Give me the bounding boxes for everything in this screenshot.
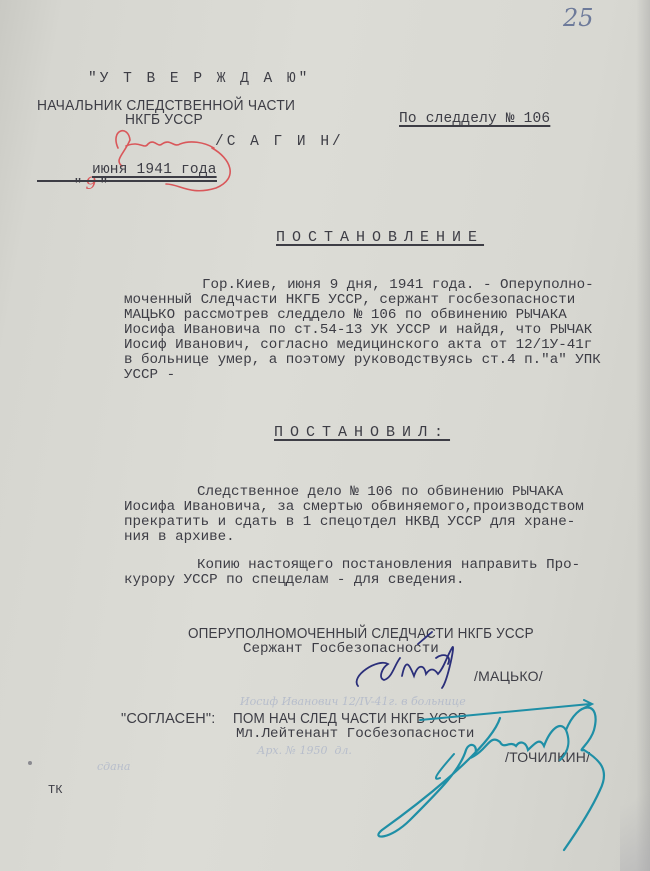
date-underline	[37, 180, 217, 182]
paragraph1-line1: Гор.Киев, июня 9 дня, 1941 года. - Оперу…	[202, 278, 594, 293]
teal-signature-tochilkin	[370, 690, 650, 870]
paragraph2-line1: Следственное дело № 106 по обвинению РЫЧ…	[197, 485, 563, 500]
approval-date-text: июня 1941 года	[92, 163, 217, 178]
violet-signature-matsko	[348, 628, 468, 698]
heading-postanovlenie: ПОСТАНОВЛЕНИЕ	[276, 230, 484, 245]
paragraph2-line2: Иосифа Ивановича, за смертью обвиняемого…	[124, 500, 584, 515]
paragraph3-line1: Копию настоящего постановления направить…	[197, 558, 580, 573]
paragraph1-line4: Иосифа Ивановича по ст.54-13 УК УССР и н…	[124, 323, 592, 338]
bleed-through-note: Арх. № 1950 дл.	[250, 744, 352, 757]
case-reference: По следделу № 106	[399, 112, 550, 127]
paragraph3-line2: курору УССР по спецделам - для сведения.	[124, 573, 465, 588]
paragraph1-line3: МАЦЬКО рассмотрев следдело № 106 по обви…	[124, 308, 567, 323]
paragraph2-line4: ния в архиве.	[124, 530, 235, 545]
paragraph1-line5: Иосиф Иванович, согласно медицинского ак…	[124, 338, 592, 353]
document-page: 25 "У Т В Е Р Ж Д А Ю" НАЧАЛЬНИК СЛЕДСТВ…	[0, 0, 650, 871]
paragraph2-line3: прекратить и сдать в 1 спецотдел НКВД УС…	[124, 515, 575, 530]
signature1-name: /МАЦЬКО/	[474, 669, 543, 684]
bleed-through-note: сдана	[90, 760, 131, 773]
paragraph1-line6: в больнице умер, а поэтому руководствуяс…	[124, 353, 601, 368]
punch-dot	[28, 761, 32, 765]
heading-postanovil: ПОСТАНОВИЛ:	[274, 425, 450, 440]
archive-page-number: 25	[563, 4, 594, 32]
typist-mark: ТК	[48, 783, 63, 798]
approval-stamp: "У Т В Е Р Ж Д А Ю"	[88, 72, 310, 87]
signature2-label: "СОГЛАСЕН":	[121, 712, 215, 727]
paragraph1-line2: моченный Следчасти НКГБ УССР, сержант го…	[124, 293, 575, 308]
paragraph1-line7: УССР -	[124, 368, 175, 383]
